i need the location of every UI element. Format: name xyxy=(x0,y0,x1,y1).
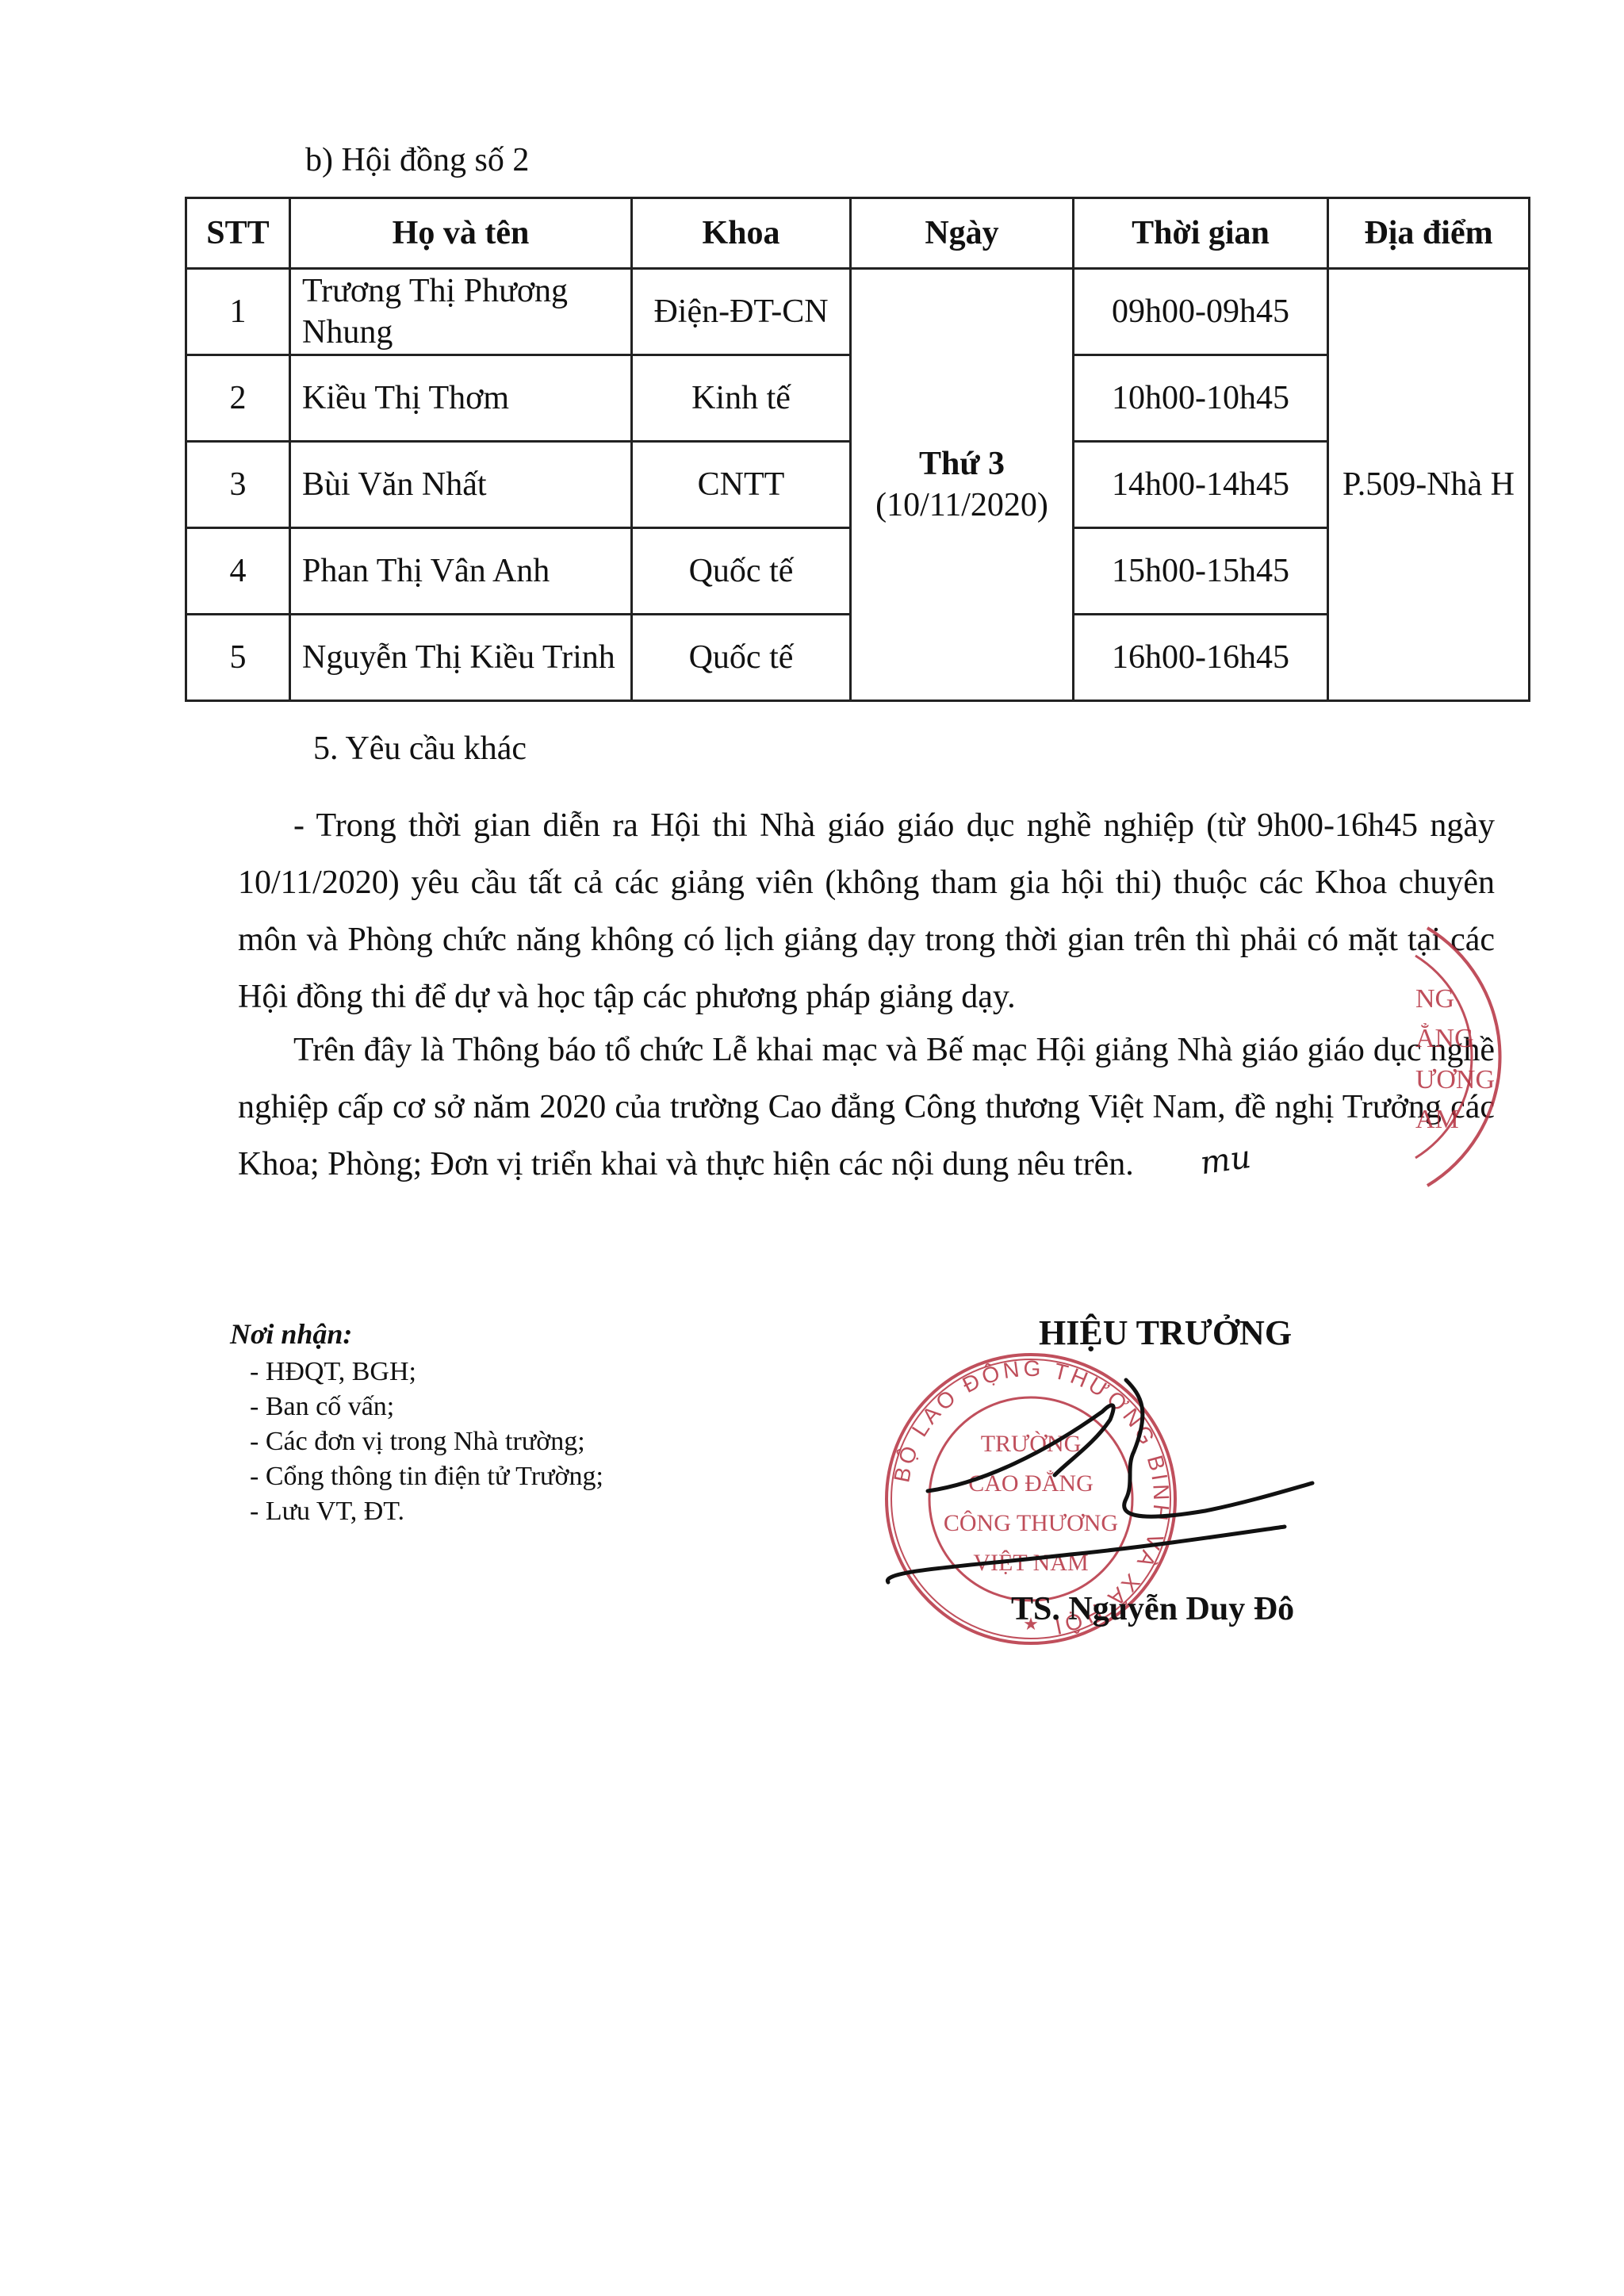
closing-paragraph: Trên đây là Thông báo tổ chức Lễ khai mạ… xyxy=(238,1022,1495,1193)
other-requirements-heading: 5. Yêu cầu khác xyxy=(313,730,527,768)
svg-text:AM: AM xyxy=(1415,1105,1459,1134)
initial-mark: mu xyxy=(1141,1129,1254,1200)
cell-name: Nguyễn Thị Kiều Trinh xyxy=(290,615,632,701)
svg-text:NG: NG xyxy=(1415,984,1454,1014)
header-time: Thời gian xyxy=(1074,198,1328,269)
svg-text:ẲNG: ẲNG xyxy=(1415,1023,1474,1053)
recipient-item: Ban cố vấn; xyxy=(250,1389,603,1424)
schedule-table: STT Họ và tên Khoa Ngày Thời gian Địa đi… xyxy=(185,197,1530,702)
header-khoa: Khoa xyxy=(632,198,851,269)
recipients-title: Nơi nhận: xyxy=(230,1317,603,1351)
recipients-list: HĐQT, BGH; Ban cố vấn; Các đơn vị trong … xyxy=(230,1355,603,1529)
closing-text: Trên đây là Thông báo tổ chức Lễ khai mạ… xyxy=(238,1032,1495,1182)
recipient-item: Các đơn vị trong Nhà trường; xyxy=(250,1424,603,1459)
cell-time: 14h00-14h45 xyxy=(1074,442,1328,528)
ngay-day: Thứ 3 xyxy=(863,443,1061,485)
cell-khoa: CNTT xyxy=(632,442,851,528)
cell-khoa: Điện-ĐT-CN xyxy=(632,269,851,355)
table-header-row: STT Họ và tên Khoa Ngày Thời gian Địa đi… xyxy=(186,198,1530,269)
signer-title: HIỆU TRƯỞNG xyxy=(1039,1313,1292,1353)
cell-time: 10h00-10h45 xyxy=(1074,355,1328,442)
cell-name: Bùi Văn Nhất xyxy=(290,442,632,528)
cell-name: Phan Thị Vân Anh xyxy=(290,528,632,615)
recipients-block: Nơi nhận: HĐQT, BGH; Ban cố vấn; Các đơn… xyxy=(230,1317,603,1529)
cell-khoa: Quốc tế xyxy=(632,615,851,701)
recipient-item: Lưu VT, ĐT. xyxy=(250,1494,603,1529)
cell-khoa: Kinh tế xyxy=(632,355,851,442)
cell-time: 15h00-15h45 xyxy=(1074,528,1328,615)
document-page: b) Hội đồng số 2 STT Họ và tên Khoa Ngày… xyxy=(0,0,1624,2296)
cell-time: 09h00-09h45 xyxy=(1074,269,1328,355)
cell-time: 16h00-16h45 xyxy=(1074,615,1328,701)
cell-stt: 3 xyxy=(186,442,290,528)
header-place: Địa điểm xyxy=(1328,198,1530,269)
cell-place: P.509-Nhà H xyxy=(1328,269,1530,701)
signature-icon xyxy=(872,1364,1316,1602)
ngay-date: (10/11/2020) xyxy=(863,485,1061,527)
stamp-partial-icon: NG ẲNG ƯƠNG AM xyxy=(1411,912,1594,1198)
cell-stt: 5 xyxy=(186,615,290,701)
cell-khoa: Quốc tế xyxy=(632,528,851,615)
cell-stt: 2 xyxy=(186,355,290,442)
header-stt: STT xyxy=(186,198,290,269)
header-ngay: Ngày xyxy=(851,198,1074,269)
cell-stt: 4 xyxy=(186,528,290,615)
cell-stt: 1 xyxy=(186,269,290,355)
requirements-paragraph: - Trong thời gian diễn ra Hội thi Nhà gi… xyxy=(238,797,1495,1025)
recipient-item: Cổng thông tin điện tử Trường; xyxy=(250,1459,603,1494)
cell-name: Kiều Thị Thơm xyxy=(290,355,632,442)
header-name: Họ và tên xyxy=(290,198,632,269)
svg-text:ƯƠNG: ƯƠNG xyxy=(1415,1065,1495,1094)
recipient-item: HĐQT, BGH; xyxy=(250,1355,603,1389)
table-row: 1 Trương Thị Phương Nhung Điện-ĐT-CN Thứ… xyxy=(186,269,1530,355)
signer-name: TS. Nguyễn Duy Đô xyxy=(1011,1590,1294,1628)
cell-ngay: Thứ 3 (10/11/2020) xyxy=(851,269,1074,701)
cell-name: Trương Thị Phương Nhung xyxy=(290,269,632,355)
council-heading: b) Hội đồng số 2 xyxy=(305,141,529,179)
